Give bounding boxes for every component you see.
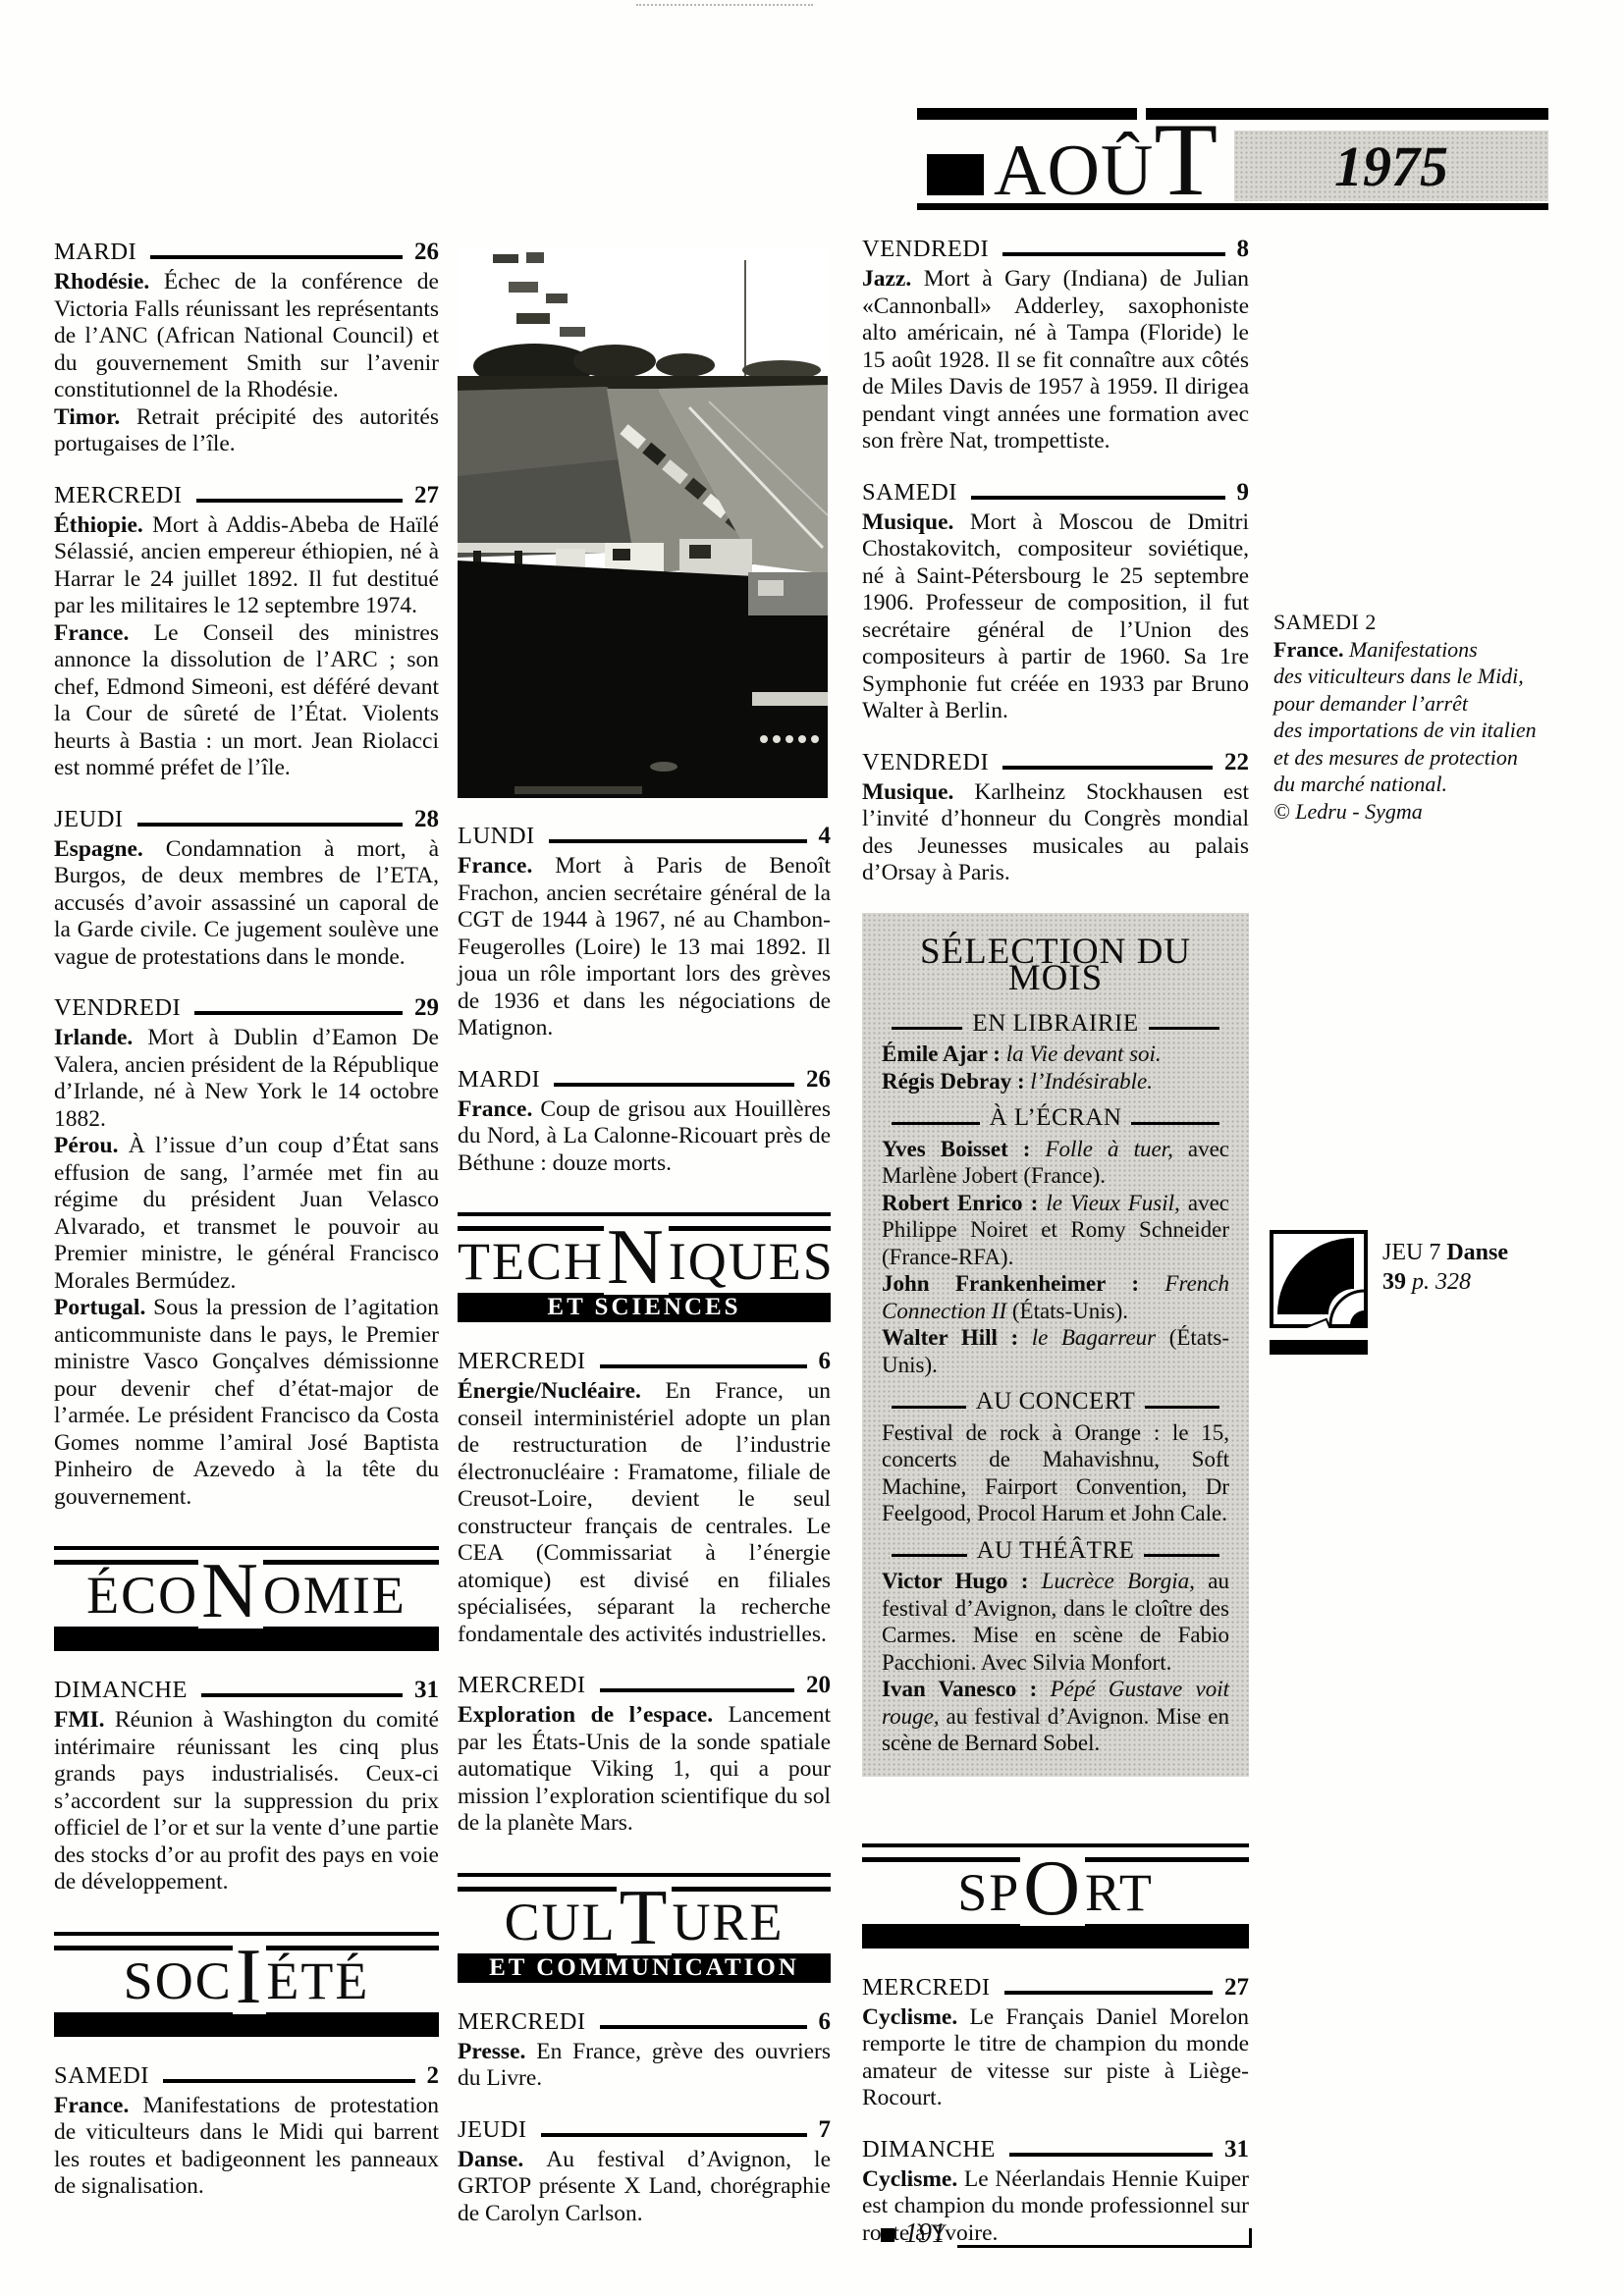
day-label: MERCREDI [458,1348,586,1375]
caption-line: des importations de vin italien [1273,717,1568,744]
section-title-post: URE [672,1893,784,1951]
month-title-pre: AOÛ [994,131,1154,211]
day-label: VENDREDI [862,749,989,776]
day-rule [600,1364,807,1368]
selection-item-title: le Bagarreur [1032,1325,1156,1350]
photo-illustration [458,248,828,798]
day-rule [194,1011,403,1015]
day-rule [137,823,403,827]
year-label: 1975 [1334,133,1448,199]
caption-day-label: SAMEDI 2 [1273,609,1568,636]
day-number: 26 [806,1066,831,1094]
section-banner-societe: SOCIÉTÉ [54,1926,439,2037]
day-heading: JEUDI7 [458,2116,831,2144]
entry-paragraph: Énergie/Nucléaire. En France, un conseil… [458,1378,831,1648]
scan-artifact [636,4,813,6]
day-heading: MERCREDI20 [458,1672,831,1699]
day-number: 31 [1224,2136,1249,2163]
selection-item: Victor Hugo : Lucrèce Borgia, au festiva… [882,1568,1229,1676]
entry-paragraph: France. Mort à Paris de Benoît Frachon, … [458,853,831,1042]
day-heading: VENDREDI22 [862,749,1249,776]
day-rule [554,1083,794,1087]
day-label: DIMANCHE [54,1677,188,1704]
day-label: DIMANCHE [862,2136,996,2163]
entry-paragraph: Exploration de l’espace. Lancement par l… [458,1702,831,1838]
road-blockade-photo [458,248,828,798]
selection-item-title: l’Indésirable. [1030,1069,1153,1094]
section-banner-economie: ÉCONOMIE [54,1540,439,1651]
topic-lead: Éthiopie. [54,512,152,538]
topic-lead: Portugal. [54,1295,153,1320]
entry-paragraph: Portugal. Sous la pression de l’agitatio… [54,1295,439,1511]
selection-item: Robert Enrico : le Vieux Fusil, avec Phi… [882,1190,1229,1271]
section-title-pre: SOC [124,1951,233,2010]
day-label: MERCREDI [458,2008,586,2036]
section-title: CULTURE [458,1867,831,1951]
selection-item: Ivan Vanesco : Pépé Gustave voit rouge, … [882,1676,1229,1757]
topic-lead: Musique. [862,779,974,805]
selection-box: SÉLECTION DU MOISEN LIBRAIRIEÉmile Ajar … [862,913,1249,1777]
caption-line: et des mesures de protection [1273,744,1568,772]
day-label: VENDREDI [862,236,989,263]
day-entry: VENDREDI8Jazz. Mort à Gary (Indiana) de … [862,236,1249,455]
column-left: MARDI26Rhodésie. Échec de la conférence … [54,239,439,2224]
day-rule [150,255,403,259]
game-reference-text: JEU 7 Danse 39 p. 328 [1382,1238,1508,1297]
month-header: AOÛT 1975 [917,108,1548,210]
caption-line: des viticulteurs dans le Midi, [1273,663,1568,690]
day-heading: DIMANCHE31 [54,1677,439,1704]
day-entry: VENDREDI29Irlande. Mort à Dublin d’Eamon… [54,994,439,1511]
section-banner-techniques: TECHNIQUESET SCIENCES [458,1206,831,1322]
topic-lead: France. [458,1096,540,1122]
topic-lead: Cyclisme. [862,2004,969,2030]
day-entry: MERCREDI27Éthiopie. Mort à Addis-Abeba d… [54,482,439,782]
day-number: 29 [414,994,439,1022]
day-rule [1002,252,1224,256]
entry-paragraph: Irlande. Mort à Dublin d’Eamon De Valera… [54,1025,439,1133]
topic-lead: Rhodésie. [54,269,164,294]
selection-item-title: Folle à tuer, [1045,1137,1172,1161]
topic-lead: France. [458,853,555,879]
footer-rule [957,2221,1252,2248]
selection-item-name: Régis Debray : [882,1069,1030,1094]
entry-paragraph: Rhodésie. Échec de la conférence de Vict… [54,269,439,404]
day-label: MERCREDI [54,482,183,509]
topic-lead: Énergie/Nucléaire. [458,1378,665,1404]
day-entry: MERCREDI27Cyclisme. Le Français Daniel M… [862,1974,1249,2112]
day-label: JEUDI [458,2116,527,2144]
fan-game-icon [1270,1230,1368,1328]
day-number: 28 [414,806,439,833]
black-square-bullet-icon [927,154,984,195]
entry-paragraph: Musique. Karlheinz Stockhausen est l’inv… [862,779,1249,887]
selection-item-name: Ivan Vanesco : [882,1677,1051,1701]
entry-paragraph: FMI. Réunion à Washington du comité inté… [54,1707,439,1896]
topic-lead: FMI. [54,1707,115,1733]
topic-lead: France. [54,2093,143,2118]
header-row: AOÛT 1975 [917,120,1548,201]
topic-lead: Pérou. [54,1133,129,1158]
footer-square-icon [881,2228,894,2242]
entry-paragraph: Musique. Mort à Moscou de Dmitri Chostak… [862,509,1249,725]
day-entry: DIMANCHE31FMI. Réunion à Washington du c… [54,1677,439,1896]
day-label: SAMEDI [54,2062,149,2090]
day-rule [163,2079,415,2083]
section-title-post: IQUES [669,1232,835,1291]
day-number: 7 [819,2116,832,2144]
section-title: TECHNIQUES [458,1206,831,1291]
section-title-big-letter: O [1020,1851,1085,1926]
day-number: 27 [414,482,439,509]
entry-paragraph: Cyclisme. Le Français Daniel Morelon rem… [862,2004,1249,2112]
day-heading: VENDREDI29 [54,994,439,1022]
day-entry: VENDREDI22Musique. Karlheinz Stockhausen… [862,749,1249,887]
day-heading: MARDI26 [458,1066,831,1094]
day-heading: SAMEDI2 [54,2062,439,2090]
selection-item-name: Yves Boisset : [882,1137,1045,1161]
photo-caption: SAMEDI 2 France. Manifestations des viti… [1273,609,1568,825]
day-rule [600,1688,794,1692]
day-heading: MERCREDI6 [458,1348,831,1375]
day-entry: JEUDI28Espagne. Condamnation à mort, à B… [54,806,439,972]
selection-group-heading: EN LIBRAIRIE [882,1010,1229,1038]
day-rule [549,839,807,843]
selection-item-name: Émile Ajar : [882,1041,1006,1066]
game-ref-number: 39 [1382,1269,1406,1295]
section-title-big-letter: N [604,1220,669,1295]
selection-item: Festival de rock à Orange : le 15, conce… [882,1419,1229,1527]
day-entry: MERCREDI6Presse. En France, grève des ou… [458,2008,831,2093]
section-title-big-letter: N [198,1554,263,1629]
day-entry: LUNDI4France. Mort à Paris de Benoît Fra… [458,823,831,1042]
day-number: 2 [427,2062,440,2090]
day-number: 22 [1224,749,1249,776]
day-label: MERCREDI [458,1672,586,1699]
topic-lead: France. [54,620,154,646]
selection-item-name: Robert Enrico : [882,1191,1046,1215]
margin-black-bar [1270,1340,1368,1355]
photo-credit: © Ledru - Sygma [1273,798,1568,826]
day-entry: SAMEDI2France. Manifestations de protest… [54,2062,439,2201]
day-entry: MERCREDI6Énergie/Nucléaire. En France, u… [458,1348,831,1648]
selection-item: Émile Ajar : la Vie devant soi. [882,1041,1229,1068]
section-title-big-letter: I [233,1940,267,2014]
day-rule [600,2025,807,2029]
selection-group-label: EN LIBRAIRIE [972,1010,1138,1038]
game-ref-line2: 39 p. 328 [1382,1267,1508,1297]
month-title: AOÛT [994,141,1218,201]
game-ref-page: p. 328 [1412,1269,1471,1295]
section-title-big-letter: T [617,1881,673,1955]
selection-group-heading: À L’ÉCRAN [882,1104,1229,1132]
selection-item-title: Lucrèce Borgia, [1042,1569,1195,1593]
section-title-post: RT [1085,1863,1154,1922]
section-title: SPORT [862,1838,1249,1922]
selection-item: Régis Debray : l’Indésirable. [882,1068,1229,1095]
entry-paragraph: Timor. Retrait précipité des autorités p… [54,404,439,458]
day-number: 20 [806,1672,831,1699]
selection-item-title: le Vieux Fusil, [1046,1191,1179,1215]
day-heading: DIMANCHE31 [862,2136,1249,2163]
entry-paragraph: Danse. Au festival d’Avignon, le GRTOP p… [458,2147,831,2228]
column-middle: LUNDI4France. Mort à Paris de Benoît Fra… [458,823,831,2251]
day-heading: MERCREDI27 [54,482,439,509]
selection-item-name: Walter Hill : [882,1325,1032,1350]
selection-title: SÉLECTION DU MOIS [882,938,1229,992]
topic-lead: Timor. [54,404,136,430]
day-label: MARDI [458,1066,540,1094]
day-rule [1004,1991,1213,1995]
section-title-post: ÉTÉ [266,1951,369,2010]
selection-item-title: la Vie devant soi. [1006,1041,1162,1066]
day-rule [201,1693,403,1697]
day-heading: JEUDI28 [54,806,439,833]
day-rule [541,2133,807,2137]
day-number: 31 [414,1677,439,1704]
entry-paragraph: France. Coup de grisou aux Houillères du… [458,1096,831,1178]
day-entry: JEUDI7Danse. Au festival d’Avignon, le G… [458,2116,831,2228]
selection-item: Yves Boisset : Folle à tuer, avec Marlèn… [882,1136,1229,1190]
entry-paragraph: Espagne. Condamnation à mort, à Burgos, … [54,836,439,972]
day-entry: MARDI26France. Coup de grisou aux Houill… [458,1066,831,1178]
caption-line: du marché national. [1273,771,1568,798]
section-title: ÉCONOMIE [54,1540,439,1625]
entry-paragraph: France. Manifestations de protestation d… [54,2093,439,2201]
day-number: 6 [819,2008,832,2036]
game-ref-label: JEU 7 [1382,1240,1440,1265]
selection-group-label: À L’ÉCRAN [990,1104,1122,1132]
day-rule [971,496,1225,500]
day-entry: MERCREDI20Exploration de l’espace. Lance… [458,1672,831,1838]
section-title-pre: TECH [458,1232,604,1291]
topic-lead: Cyclisme. [862,2166,964,2192]
section-title: SOCIÉTÉ [54,1926,439,2010]
selection-group-label: AU CONCERT [976,1388,1136,1415]
day-number: 27 [1224,1974,1249,2002]
game-ref-topic: Danse [1446,1240,1508,1265]
caption-text: Manifestations [1349,637,1478,662]
section-title-post: OMIE [263,1566,406,1625]
game-reference: JEU 7 Danse 39 p. 328 [1270,1230,1594,1355]
topic-lead: Danse. [458,2147,546,2172]
day-number: 9 [1237,479,1250,507]
day-number: 6 [819,1348,832,1375]
section-title-pre: CUL [505,1893,617,1951]
page-footer: 191 [881,2220,1252,2248]
day-label: SAMEDI [862,479,957,507]
topic-lead: Musique. [862,509,970,535]
selection-item: John Frankenheimer : French Connection I… [882,1270,1229,1324]
column-right: VENDREDI8Jazz. Mort à Gary (Indiana) de … [862,236,1249,2270]
entry-paragraph: Pérou. À l’issue d’un coup d’État sans e… [54,1133,439,1295]
topic-lead: Espagne. [54,836,166,862]
caption-line: pour demander l’arrêt [1273,690,1568,718]
topic-lead: Presse. [458,2039,536,2064]
day-heading: MARDI26 [54,239,439,266]
day-label: JEUDI [54,806,124,833]
day-label: LUNDI [458,823,535,850]
entry-paragraph: Éthiopie. Mort à Addis-Abeba de Haïlé Sé… [54,512,439,620]
day-heading: MERCREDI27 [862,1974,1249,2002]
topic-lead: Irlande. [54,1025,147,1050]
game-ref-line1: JEU 7 Danse [1382,1238,1508,1267]
day-heading: SAMEDI9 [862,479,1249,507]
day-rule [1002,766,1213,770]
header-top-rule [917,108,1548,120]
section-banner-culture: CULTUREET COMMUNICATION [458,1867,831,1983]
section-title-pre: SP [957,1863,1020,1922]
topic-lead: Exploration de l’espace. [458,1702,729,1728]
entry-paragraph: Presse. En France, grève des ouvriers du… [458,2039,831,2093]
day-heading: MERCREDI6 [458,2008,831,2036]
section-title-pre: ÉCO [86,1566,198,1625]
day-rule [196,499,403,503]
selection-item-name: Victor Hugo : [882,1569,1042,1593]
day-heading: VENDREDI8 [862,236,1249,263]
day-number: 8 [1237,236,1250,263]
day-label: MERCREDI [862,1974,991,2002]
caption-line: France. Manifestations [1273,636,1568,664]
day-rule [1009,2153,1213,2157]
day-number: 4 [819,823,832,850]
selection-group-label: AU THÉÂTRE [977,1537,1135,1565]
caption-lead: France. [1273,637,1343,662]
day-entry: SAMEDI9Musique. Mort à Moscou de Dmitri … [862,479,1249,725]
page-number: 191 [904,2220,946,2248]
year-box: 1975 [1234,131,1548,201]
day-entry: MARDI26Rhodésie. Échec de la conférence … [54,239,439,458]
entry-paragraph: Jazz. Mort à Gary (Indiana) de Julian «C… [862,266,1249,455]
selection-group-heading: AU THÉÂTRE [882,1537,1229,1565]
selection-item-name: John Frankenheimer : [882,1271,1164,1296]
day-heading: LUNDI4 [458,823,831,850]
selection-group-heading: AU CONCERT [882,1388,1229,1415]
day-label: MARDI [54,239,136,266]
section-banner-sport: SPORT [862,1838,1249,1949]
almanac-page: AOÛT 1975 [0,0,1624,2296]
day-number: 26 [414,239,439,266]
day-label: VENDREDI [54,994,181,1022]
entry-paragraph: France. Le Conseil des ministres annonce… [54,620,439,782]
selection-item: Walter Hill : le Bagarreur (États-Unis). [882,1324,1229,1378]
topic-lead: Jazz. [862,266,924,292]
